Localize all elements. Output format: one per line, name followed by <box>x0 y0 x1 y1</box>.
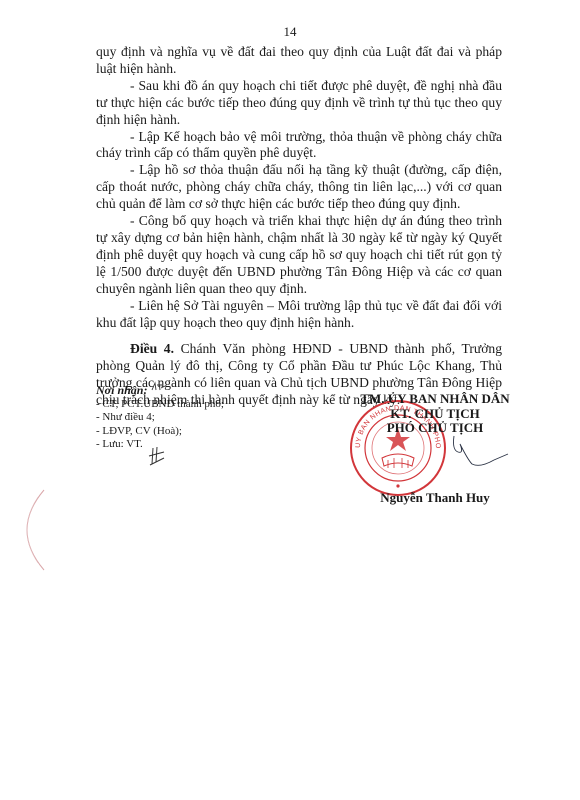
handwritten-signature <box>450 430 510 470</box>
recipient-item: - Như điều 4; <box>96 411 224 425</box>
signature-title-1: TM. ỦY BAN NHÂN DÂN <box>330 392 540 407</box>
paragraph-environment-plan: - Lập Kế hoạch bảo vệ môi trường, thỏa t… <box>96 129 502 163</box>
paragraph-publication: - Công bố quy hoạch và triển khai thực h… <box>96 213 502 298</box>
signature-block: TM. ỦY BAN NHÂN DÂN KT. CHỦ TỊCH PHÓ CHỦ… <box>330 392 540 436</box>
partial-seal-edge <box>0 485 50 575</box>
handwritten-initial <box>148 446 166 468</box>
page-number: 14 <box>0 24 580 40</box>
paragraph-continuation: quy định và nghĩa vụ về đất đai theo quy… <box>96 44 502 78</box>
document-body: quy định và nghĩa vụ về đất đai theo quy… <box>96 44 502 409</box>
paragraph-after-approval: - Sau khi đồ án quy hoạch chi tiết được … <box>96 78 502 129</box>
recipients-block: Nơi nhận: - CT, PCT.UBND thành phố; - Nh… <box>96 384 224 452</box>
signature-title-2: KT. CHỦ TỊCH <box>330 407 540 422</box>
recipient-item: - LĐVP, CV (Hoà); <box>96 425 224 439</box>
handwritten-initial <box>150 381 166 393</box>
article-4-label: Điều 4. <box>130 341 174 356</box>
signer-name: Nguyễn Thanh Huy <box>330 490 540 506</box>
recipient-item: - CT, PCT.UBND thành phố; <box>96 398 224 412</box>
paragraph-land-procedure: - Liên hệ Sở Tài nguyên – Môi trường lập… <box>96 298 502 332</box>
paragraph-infrastructure: - Lập hồ sơ thỏa thuận đấu nối hạ tầng k… <box>96 162 502 213</box>
